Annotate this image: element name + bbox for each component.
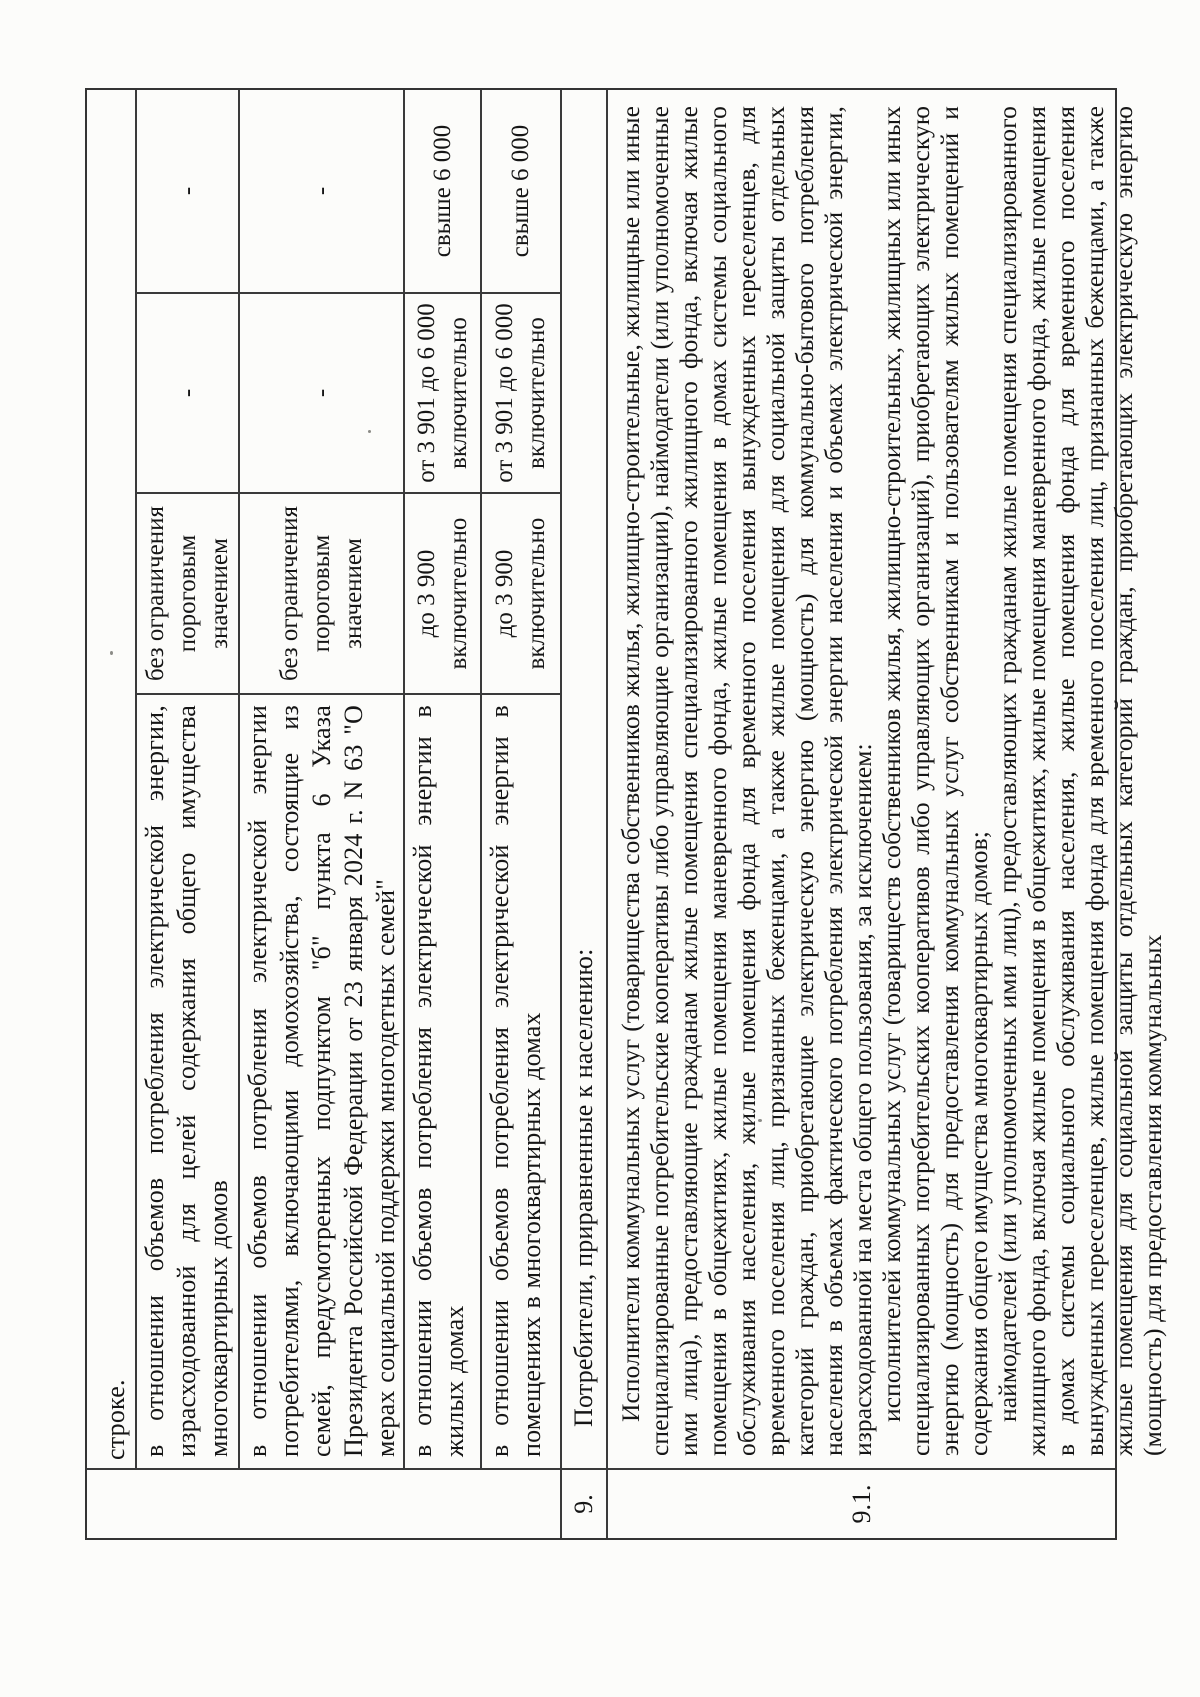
threshold-range-3-cell: - [137,90,240,292]
paragraph: Исполнители коммунальных услуг (товарище… [616,106,877,1456]
consumption-ranges-table: строке. в отношении объемов потребления … [85,88,1117,1540]
section-9-title: Потребители, приравненные к населению: [562,90,608,1468]
threshold-range-1-cell: до 3 900 включительно [405,492,482,693]
paragraph: наймодателей (или уполномоченных ими лиц… [993,106,1167,1456]
threshold-range-1-cell: без ограничения пороговым значением [240,492,405,693]
row-description: в отношении объемов потребления электрич… [240,693,405,1468]
row-description: в отношении объемов потребления электрич… [482,693,562,1468]
threshold-range-3-cell: - [240,90,405,292]
threshold-range-3-cell: свыше 6 000 [405,90,482,292]
row-description: в отношении объемов потребления электрич… [137,693,240,1468]
rotated-page-content: строке. в отношении объемов потребления … [0,0,1200,1697]
continuation-row: строке. [87,90,137,1468]
row-number-cell-empty [87,1468,562,1538]
row-number: 9.1. [608,1468,1115,1538]
row-number: 9. [562,1468,608,1538]
threshold-range-2-cell: от 3 901 до 6 000 включительно [405,292,482,492]
threshold-range-2-cell: - [240,292,405,492]
threshold-range-2-cell: от 3 901 до 6 000 включительно [482,292,562,492]
threshold-range-3-cell: свыше 6 000 [482,90,562,292]
scanned-document-page: строке. в отношении объемов потребления … [0,0,1200,1697]
paragraph: исполнителей коммунальных услуг (товарищ… [877,106,993,1456]
section-9-1-text: Исполнители коммунальных услуг (товарище… [608,90,1115,1468]
threshold-range-1-cell: до 3 900 включительно [482,492,562,693]
continuation-text: строке. [101,1379,130,1460]
threshold-range-2-cell: - [137,292,240,492]
row-description: в отношении объемов потребления электрич… [405,693,482,1468]
threshold-range-1-cell: без ограничения пороговым значением [137,492,240,693]
